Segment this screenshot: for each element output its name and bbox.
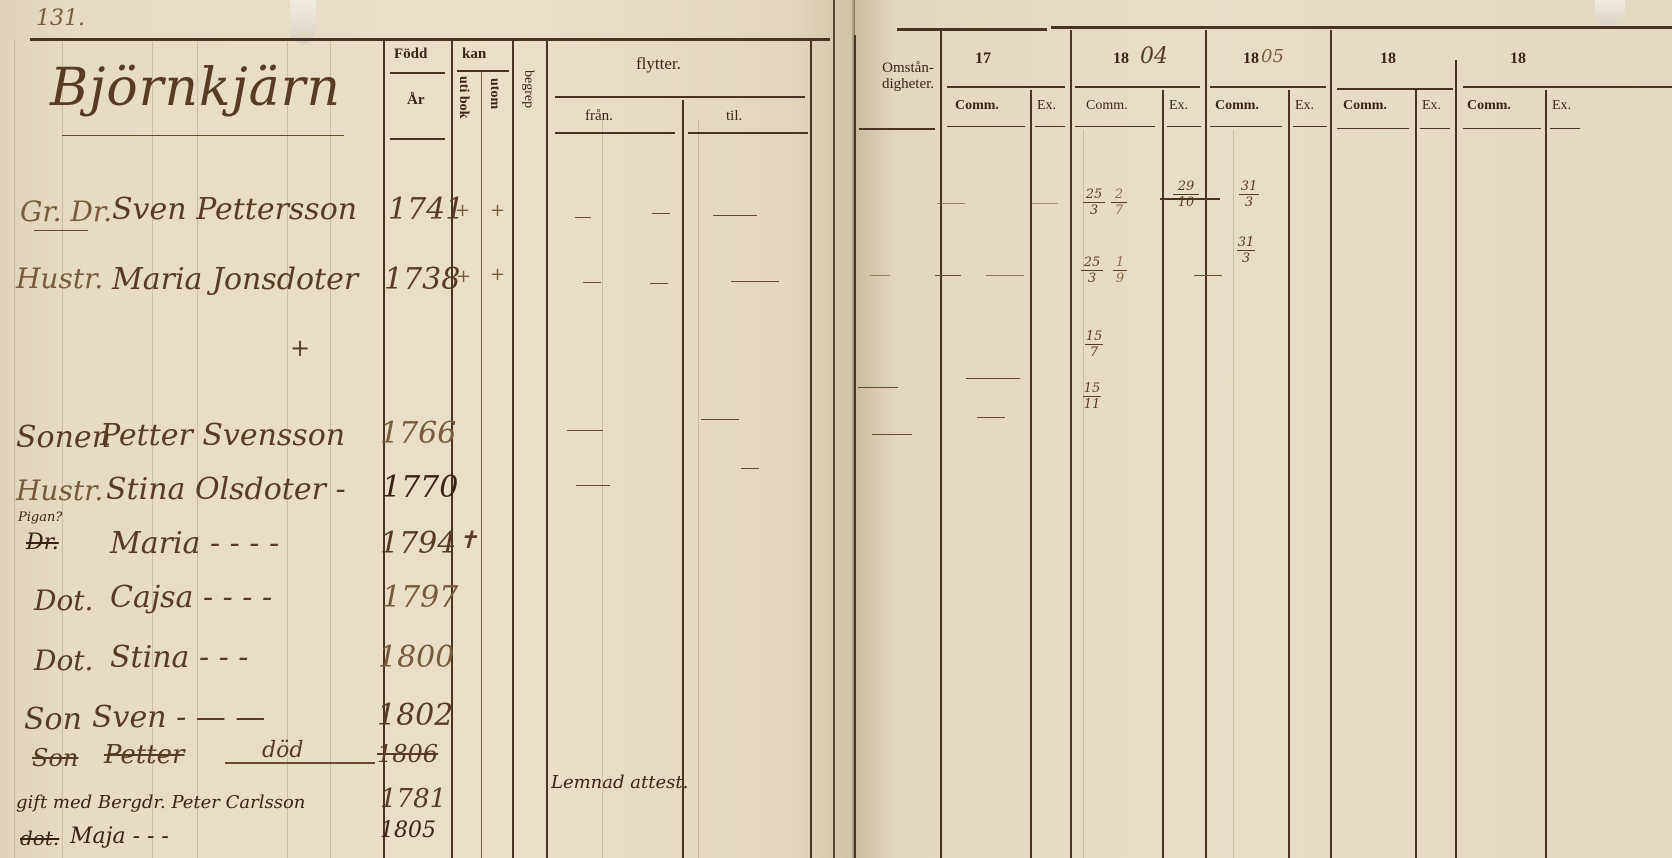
row-born: 1738	[384, 262, 460, 297]
row-title: Dot.	[34, 584, 93, 617]
header-uti-bok: uti bok	[455, 76, 471, 118]
row-born-2: 1805	[380, 818, 436, 843]
header-utom: utom	[486, 78, 502, 109]
comm-date-1804-row2: 253	[1081, 256, 1103, 285]
row-born: 1794	[380, 526, 456, 561]
row-title: Dot.	[34, 644, 93, 677]
row-born: 1770	[382, 470, 458, 505]
farm-name-underline	[62, 135, 344, 136]
header-begrep: begrep	[520, 70, 536, 108]
ex-date-1804-row1: 27	[1111, 188, 1127, 217]
ex-header: Ex.	[1422, 98, 1441, 114]
row-title: dot.	[20, 826, 59, 850]
row-name: Stina - - -	[110, 640, 248, 675]
row-name: Maria Jonsdoter	[112, 262, 358, 297]
year-handwritten: 05	[1261, 46, 1284, 67]
row-name: Maria - - - -	[110, 526, 279, 561]
year-label: 18	[1243, 50, 1259, 68]
row-utom: +	[490, 200, 505, 221]
comm-date-1804-row1: 253	[1083, 188, 1105, 217]
farm-name: Björnkjärn	[50, 58, 341, 118]
row-title: Hustr.	[16, 262, 103, 295]
row-born: 1800	[378, 640, 454, 675]
row-name: Cajsa - - - -	[110, 580, 272, 615]
row-utom: +	[490, 264, 505, 285]
comm-date-1804-row4: 157	[1085, 330, 1103, 359]
row-born: 1766	[380, 416, 456, 451]
row-title: Son	[24, 702, 82, 737]
row-born: 1806	[377, 740, 438, 768]
row-title: Sonen	[16, 420, 111, 455]
year-label: 18	[1380, 50, 1396, 68]
header-fran: från.	[585, 108, 613, 125]
left-page: 131. Björnkjärn Född År kan uti bok utom…	[0, 0, 855, 858]
year-label: 17	[975, 50, 991, 68]
bookmark-tab	[1595, 0, 1625, 28]
row-uti-bok: ✝	[458, 526, 478, 554]
ex-header: Ex.	[1169, 98, 1188, 114]
row-note: Pigan?	[18, 510, 62, 525]
row-uti-bok: +	[456, 266, 471, 287]
row-name: Sven Pettersson	[112, 192, 357, 227]
top-rule	[30, 38, 830, 41]
row-title: Hustr.	[16, 474, 103, 507]
row-name: gift med Bergdr. Peter Carlsson	[16, 792, 305, 813]
header-kan: kan	[462, 46, 486, 63]
ex-header: Ex.	[1552, 98, 1571, 114]
row-title: Son	[32, 744, 78, 772]
right-page: Omstån-digheter. 17 Comm. Ex. 18 04 Comm…	[855, 0, 1672, 858]
row-fran: Lemnad attest.	[551, 772, 688, 793]
comm-header: Comm.	[1343, 98, 1387, 114]
row-title: Dr.	[26, 530, 59, 555]
row-born: 1797	[382, 580, 458, 615]
row-title: Gr. Dr.	[20, 195, 112, 228]
comm-date-1804-row5: 1511	[1083, 382, 1101, 411]
row-uti-bok: +	[455, 200, 470, 221]
row-name: Petter	[104, 740, 184, 770]
comm-header: Comm.	[955, 98, 999, 114]
comm-header: Comm.	[1215, 98, 1259, 114]
year-handwritten: 04	[1140, 44, 1168, 69]
header-til: til.	[726, 108, 742, 125]
header-ar: År	[407, 92, 425, 109]
year-label: 18	[1510, 50, 1526, 68]
page-number: 131.	[36, 6, 85, 31]
row-born: 1802	[377, 698, 453, 733]
ex-date-1805-row1: 313	[1239, 180, 1259, 209]
ex-header: Ex.	[1295, 98, 1314, 114]
comm-date-1805-row1: 2910	[1173, 180, 1199, 209]
row-born: 1741	[388, 192, 464, 227]
row-name: Stina Olsdoter -	[106, 472, 346, 507]
ex-date-1805-row2: 313	[1237, 236, 1255, 265]
year-label: 18	[1113, 50, 1129, 68]
row-born: 1781	[380, 784, 446, 814]
header-flytter: flytter.	[636, 54, 681, 74]
row-name: Petter Svensson	[100, 418, 345, 453]
header-fodd: Född	[394, 46, 427, 63]
header-omstandigheter: Omstån-digheter.	[868, 60, 948, 92]
ex-header: Ex.	[1037, 98, 1056, 114]
comm-header: Comm.	[1467, 98, 1511, 114]
row-note: död	[262, 738, 303, 763]
row-name: Maja - - -	[70, 824, 169, 849]
ex-date-1804-row2: 19	[1113, 256, 1127, 285]
row-name: Sven - — —	[92, 700, 265, 735]
comm-header: Comm.	[1086, 98, 1128, 114]
death-cross-icon: +	[290, 334, 310, 362]
